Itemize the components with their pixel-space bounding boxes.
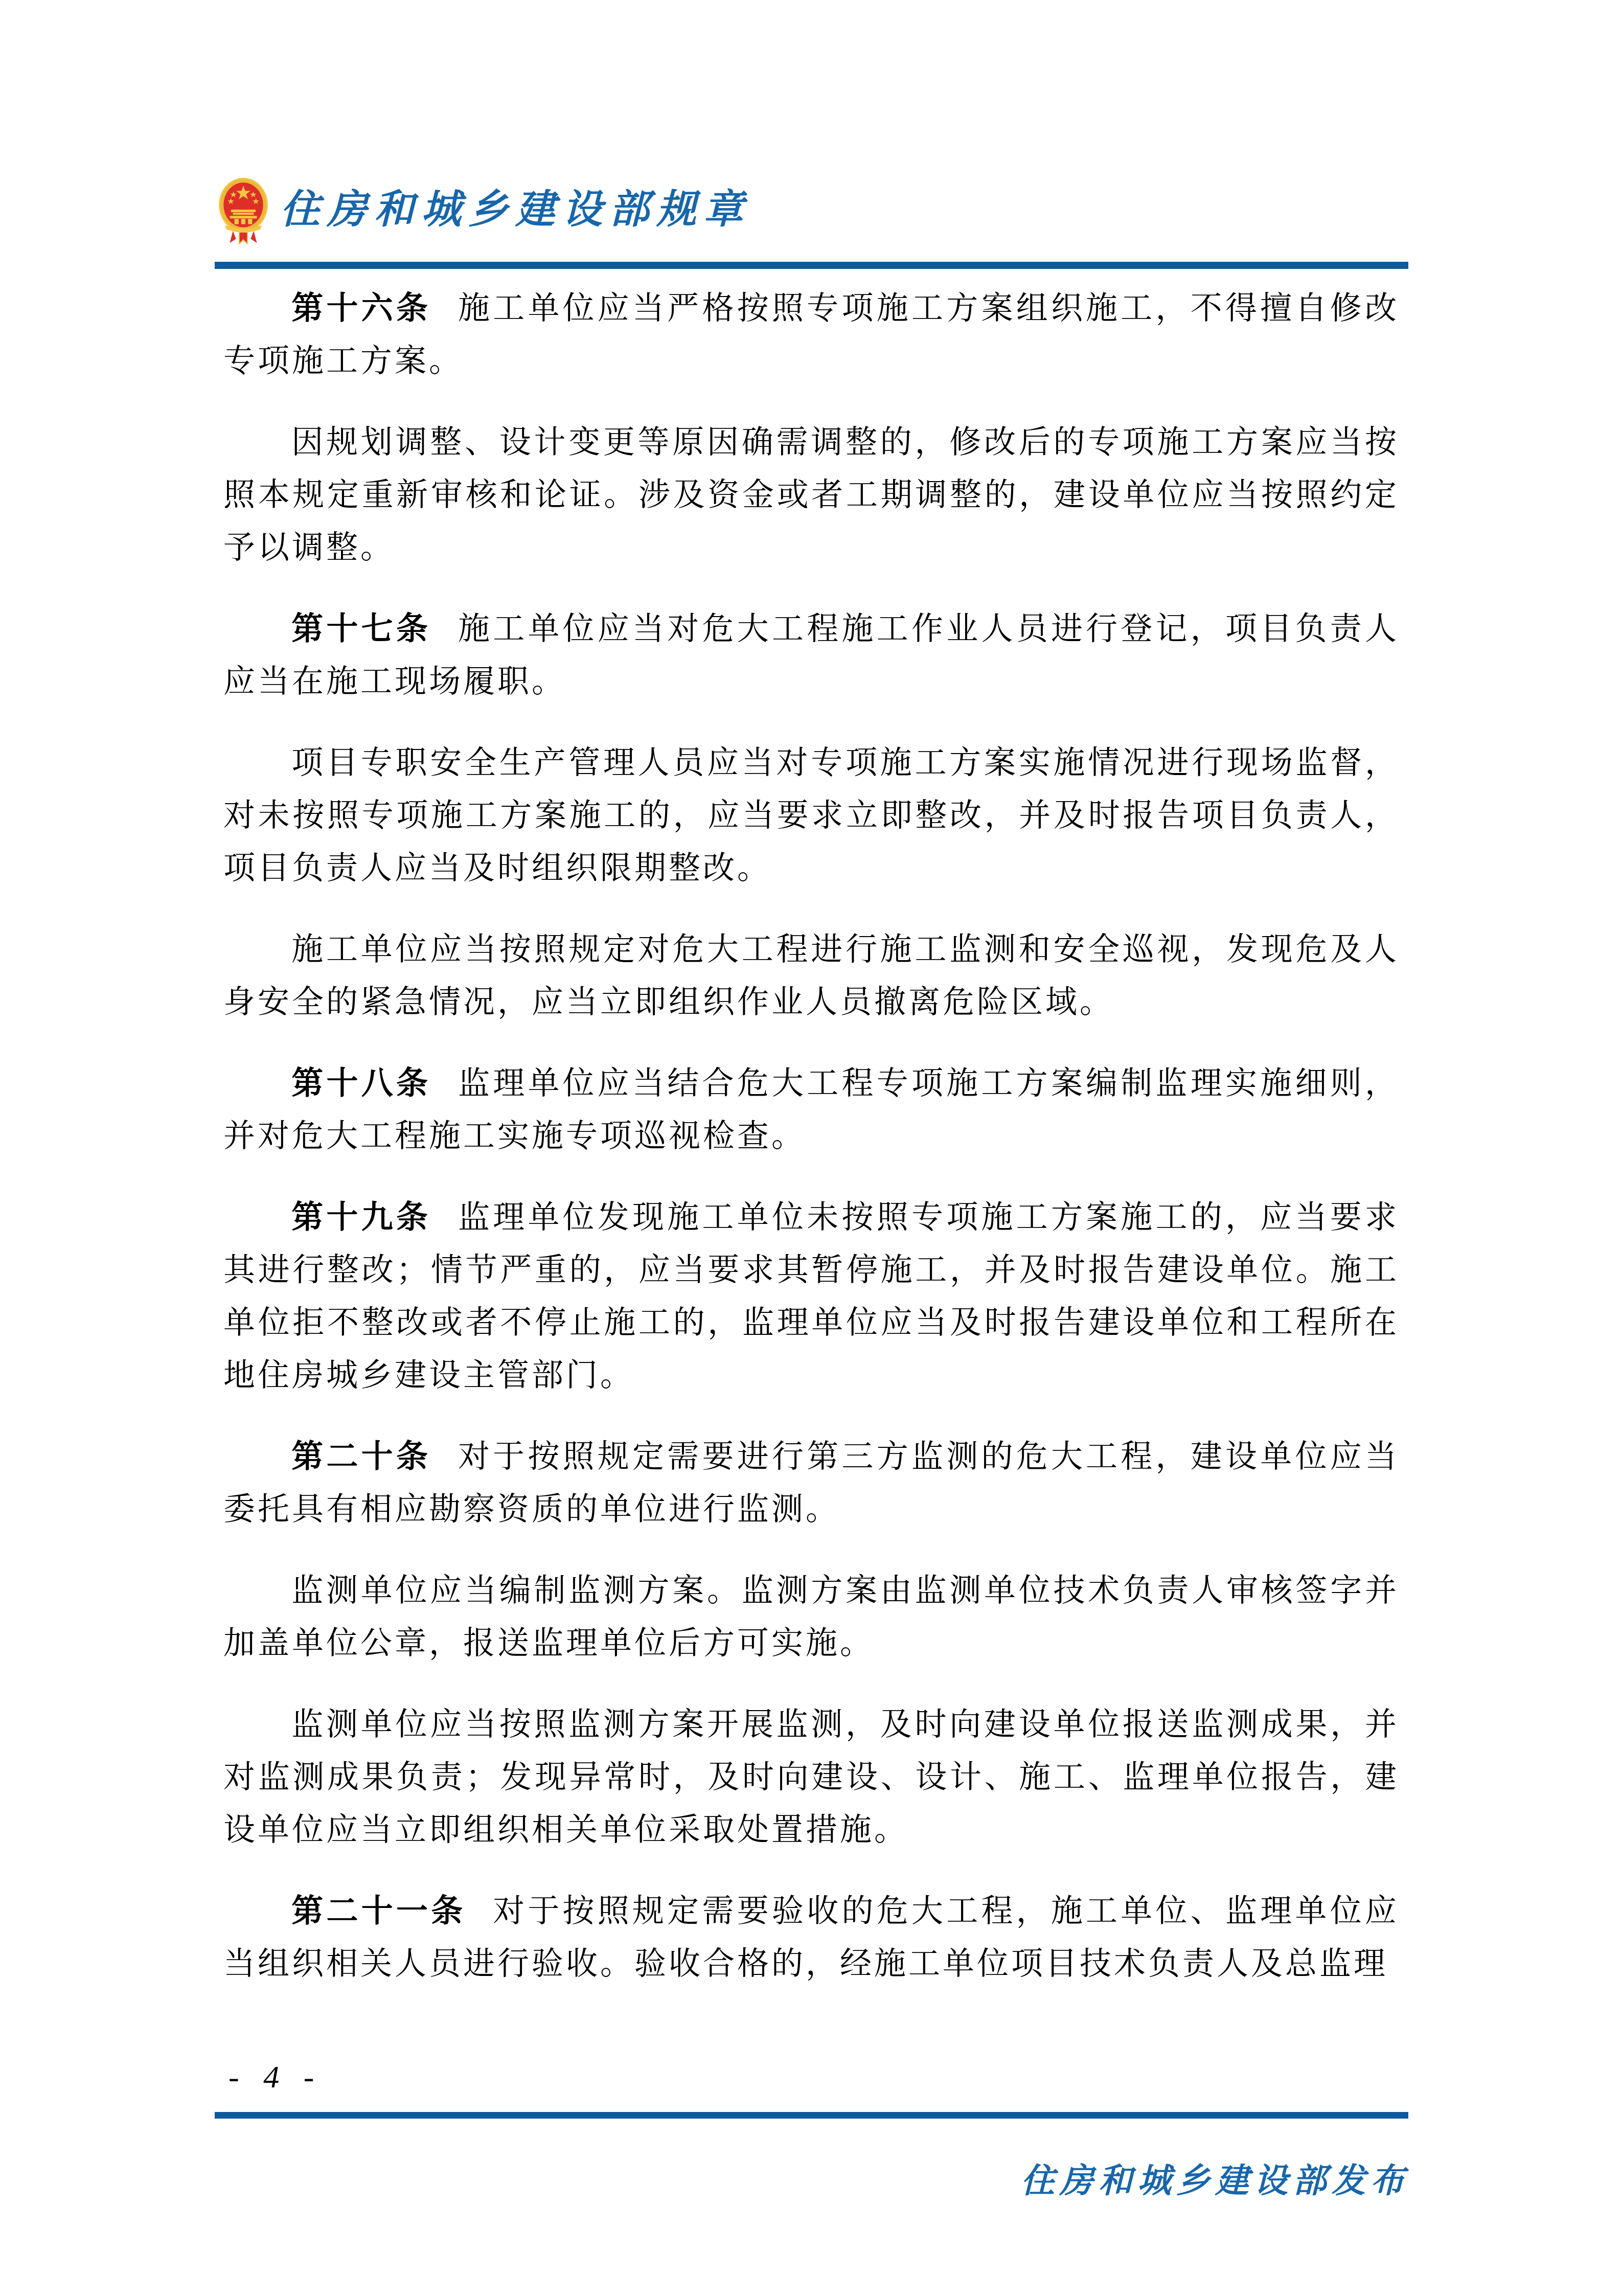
page-number: - 4 - (229, 2059, 322, 2096)
paragraph-article-20: 第二十条对于按照规定需要进行第三方监测的危大工程，建设单位应当委托具有相应勘察资… (223, 1430, 1399, 1536)
article-number: 第十八条 (291, 1066, 431, 1101)
document-body: 第十六条施工单位应当严格按照专项施工方案组织施工，不得擅自修改专项施工方案。 因… (223, 282, 1399, 2019)
document-page: 住房和城乡建设部规章 第十六条施工单位应当严格按照专项施工方案组织施工，不得擅自… (0, 0, 1622, 2296)
paragraph-article-19: 第十九条监理单位发现施工单位未按照专项施工方案施工的，应当要求其进行整改；情节严… (223, 1191, 1399, 1402)
article-text: 监测单位应当编制监测方案。监测方案由监测单位技术负责人审核签字并加盖单位公章，报… (223, 1574, 1399, 1661)
article-number: 第十九条 (291, 1200, 431, 1235)
paragraph-article-18: 第十八条监理单位应当结合危大工程专项施工方案编制监理实施细则，并对危大工程施工实… (223, 1057, 1399, 1163)
national-emblem-icon (217, 177, 269, 244)
article-text: 因规划调整、设计变更等原因确需调整的，修改后的专项施工方案应当按照本规定重新审核… (223, 425, 1399, 565)
footer-rule (215, 2112, 1408, 2119)
paragraph: 施工单位应当按照规定对危大工程进行施工监测和安全巡视，发现危及人身安全的紧急情况… (223, 923, 1399, 1029)
paragraph: 监测单位应当编制监测方案。监测方案由监测单位技术负责人审核签字并加盖单位公章，报… (223, 1564, 1399, 1670)
paragraph-article-17: 第十七条施工单位应当对危大工程施工作业人员进行登记，项目负责人应当在施工现场履职… (223, 603, 1399, 709)
article-number: 第十七条 (291, 611, 431, 647)
paragraph-article-16: 第十六条施工单位应当严格按照专项施工方案组织施工，不得擅自修改专项施工方案。 (223, 282, 1399, 388)
article-text: 施工单位应当按照规定对危大工程进行施工监测和安全巡视，发现危及人身安全的紧急情况… (223, 933, 1399, 1020)
page-header: 住房和城乡建设部规章 (215, 173, 1408, 249)
header-title: 住房和城乡建设部规章 (280, 184, 750, 235)
header-rule (215, 262, 1408, 269)
paragraph: 项目专职安全生产管理人员应当对专项施工方案实施情况进行现场监督，对未按照专项施工… (223, 737, 1399, 895)
article-text: 项目专职安全生产管理人员应当对专项施工方案实施情况进行现场监督，对未按照专项施工… (223, 746, 1399, 886)
article-number: 第二十一条 (291, 1894, 466, 1929)
paragraph-article-21: 第二十一条对于按照规定需要验收的危大工程，施工单位、监理单位应当组织相关人员进行… (223, 1885, 1399, 1991)
footer-publisher: 住房和城乡建设部发布 (1021, 2153, 1409, 2202)
article-number: 第十六条 (291, 291, 431, 326)
paragraph: 监测单位应当按照监测方案开展监测，及时向建设单位报送监测成果，并对监测成果负责；… (223, 1698, 1399, 1857)
article-text: 监测单位应当按照监测方案开展监测，及时向建设单位报送监测成果，并对监测成果负责；… (223, 1708, 1399, 1848)
paragraph: 因规划调整、设计变更等原因确需调整的，修改后的专项施工方案应当按照本规定重新审核… (223, 416, 1399, 575)
article-number: 第二十条 (291, 1439, 431, 1474)
